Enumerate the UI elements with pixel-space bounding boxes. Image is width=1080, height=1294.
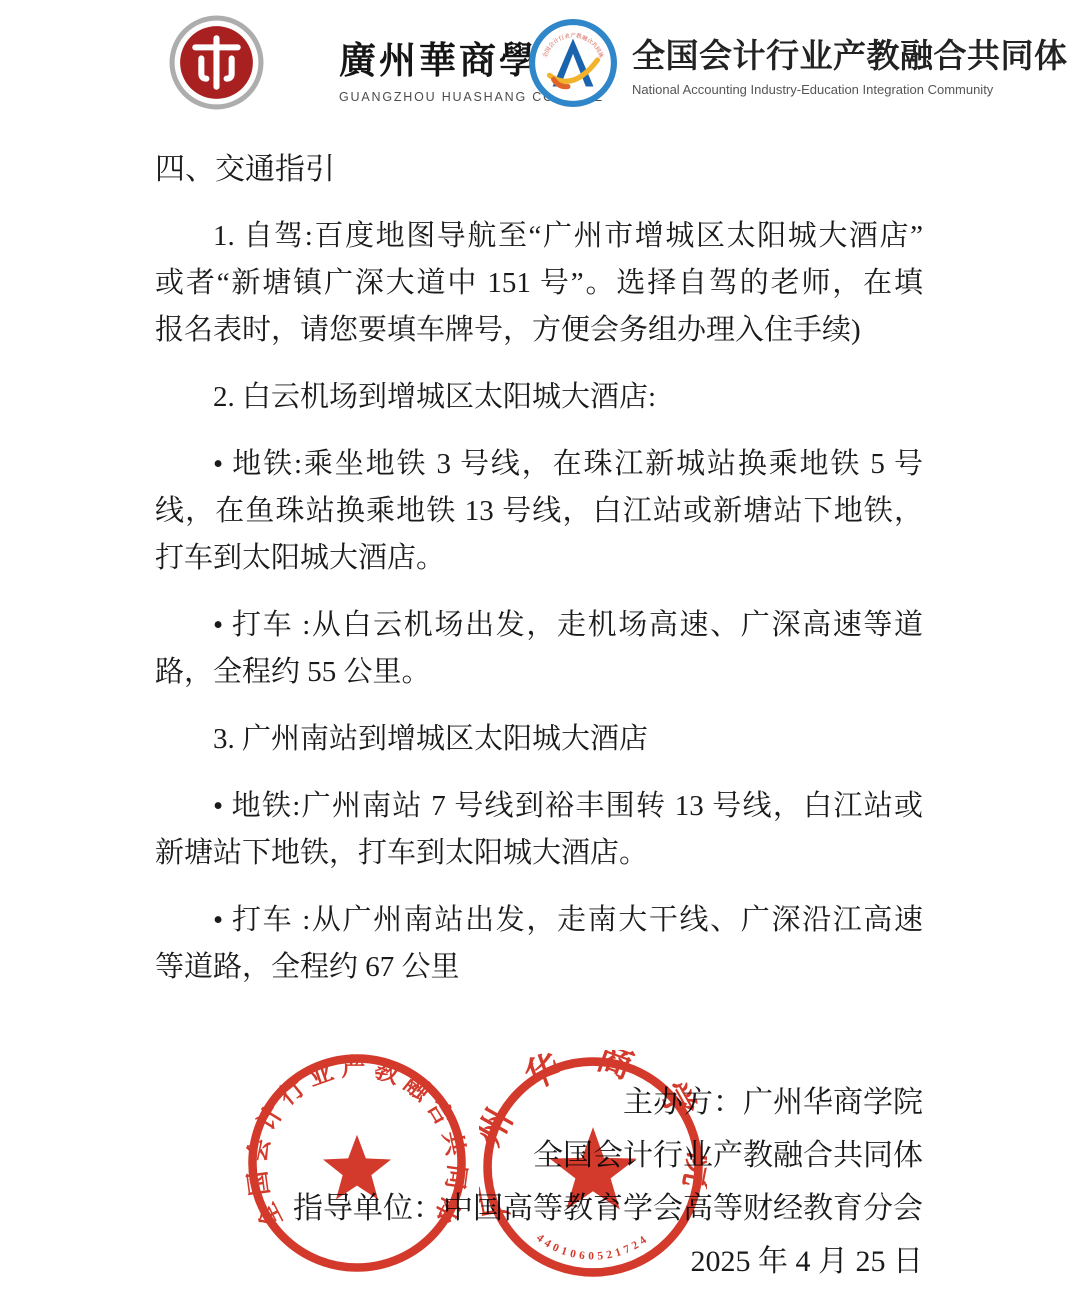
paragraph: • 打车 :从广州南站出发，走南大干线、广深沿江高速等道路，全程约 67 公里 xyxy=(155,897,923,991)
paragraph-line: 或者“新塘镇广深大道中 151 号”。选择自驾的老师，在填 xyxy=(155,260,923,307)
paragraph-line: 路，全程约 55 公里。 xyxy=(155,649,923,696)
paragraph-line: 线，在鱼珠站换乘地铁 13 号线，白江站或新塘站下地铁， xyxy=(155,488,923,535)
document-page: 廣州華商學院 GUANGZHOU HUASHANG COLLEGE 全国会计行业… xyxy=(0,0,1080,991)
paragraph-line: • 打车 :从广州南站出发，走南大干线、广深沿江高速 xyxy=(155,897,923,944)
paragraph-line: • 地铁:广州南站 7 号线到裕丰围转 13 号线，白江站或 xyxy=(155,783,923,830)
paragraph-line: 报名表时，请您要填车牌号，方便会务组办理入住手续) xyxy=(155,307,923,354)
accounting-community-emblem-icon: 全国会计行业产教融合共同体 xyxy=(528,18,618,108)
paragraph-line: • 地铁:乘坐地铁 3 号线，在珠江新城站换乘地铁 5 号 xyxy=(155,441,923,488)
paragraph: 1. 自驾:百度地图导航至“广州市增城区太阳城大酒店”或者“新塘镇广深大道中 1… xyxy=(155,213,923,354)
section-heading: 四、交通指引 xyxy=(155,146,923,193)
college-seal-serial-number: 4401060521724 xyxy=(534,1232,652,1263)
paragraph: • 地铁:乘坐地铁 3 号线，在珠江新城站换乘地铁 5 号线，在鱼珠站换乘地铁 … xyxy=(155,441,923,582)
paragraph: 3. 广州南站到增城区太阳城大酒店 xyxy=(155,716,923,763)
document-body: 四、交通指引 1. 自驾:百度地图导航至“广州市增城区太阳城大酒店”或者“新塘镇… xyxy=(155,146,923,991)
community-seal-star-icon xyxy=(323,1135,391,1200)
accounting-community-name-zh: 全国会计行业产教融合共同体 xyxy=(632,30,1068,77)
body-paragraphs: 1. 自驾:百度地图导航至“广州市增城区太阳城大酒店”或者“新塘镇广深大道中 1… xyxy=(155,213,923,991)
paragraph: • 打车 :从白云机场出发，走机场高速、广深高速等道路，全程约 55 公里。 xyxy=(155,602,923,696)
svg-text:4401060521724: 4401060521724 xyxy=(534,1232,652,1263)
header-logos: 廣州華商學院 GUANGZHOU HUASHANG COLLEGE 全国会计行业… xyxy=(0,0,1080,120)
paragraph-line: 2. 白云机场到增城区太阳城大酒店: xyxy=(155,374,923,421)
paragraph: 2. 白云机场到增城区太阳城大酒店: xyxy=(155,374,923,421)
community-seal-stamp: 全国会计行业产教融合共同体 xyxy=(244,1046,470,1280)
paragraph-line: 1. 自驾:百度地图导航至“广州市增城区太阳城大酒店” xyxy=(155,213,923,260)
paragraph-line: 3. 广州南站到增城区太阳城大酒店 xyxy=(155,716,923,763)
accounting-community-name-en: National Accounting Industry-Education I… xyxy=(632,82,1068,97)
paragraph-line: 打车到太阳城大酒店。 xyxy=(155,535,923,582)
accounting-community-logo: 全国会计行业产教融合共同体 全国会计行业产教融合共同体 National Acc… xyxy=(528,18,1068,108)
paragraph-line: 新塘站下地铁，打车到太阳城大酒店。 xyxy=(155,830,923,877)
huashang-emblem-icon xyxy=(168,14,265,111)
paragraph-line: • 打车 :从白云机场出发，走机场高速、广深高速等道 xyxy=(155,602,923,649)
accounting-community-logo-text: 全国会计行业产教融合共同体 National Accounting Indust… xyxy=(632,30,1068,97)
paragraph-line: 等道路，全程约 67 公里 xyxy=(155,944,923,991)
college-seal-stamp: 广州华商学院 4401060521724 xyxy=(479,1050,707,1284)
college-seal-star-icon xyxy=(550,1127,637,1209)
paragraph: • 地铁:广州南站 7 号线到裕丰围转 13 号线，白江站或新塘站下地铁，打车到… xyxy=(155,783,923,877)
